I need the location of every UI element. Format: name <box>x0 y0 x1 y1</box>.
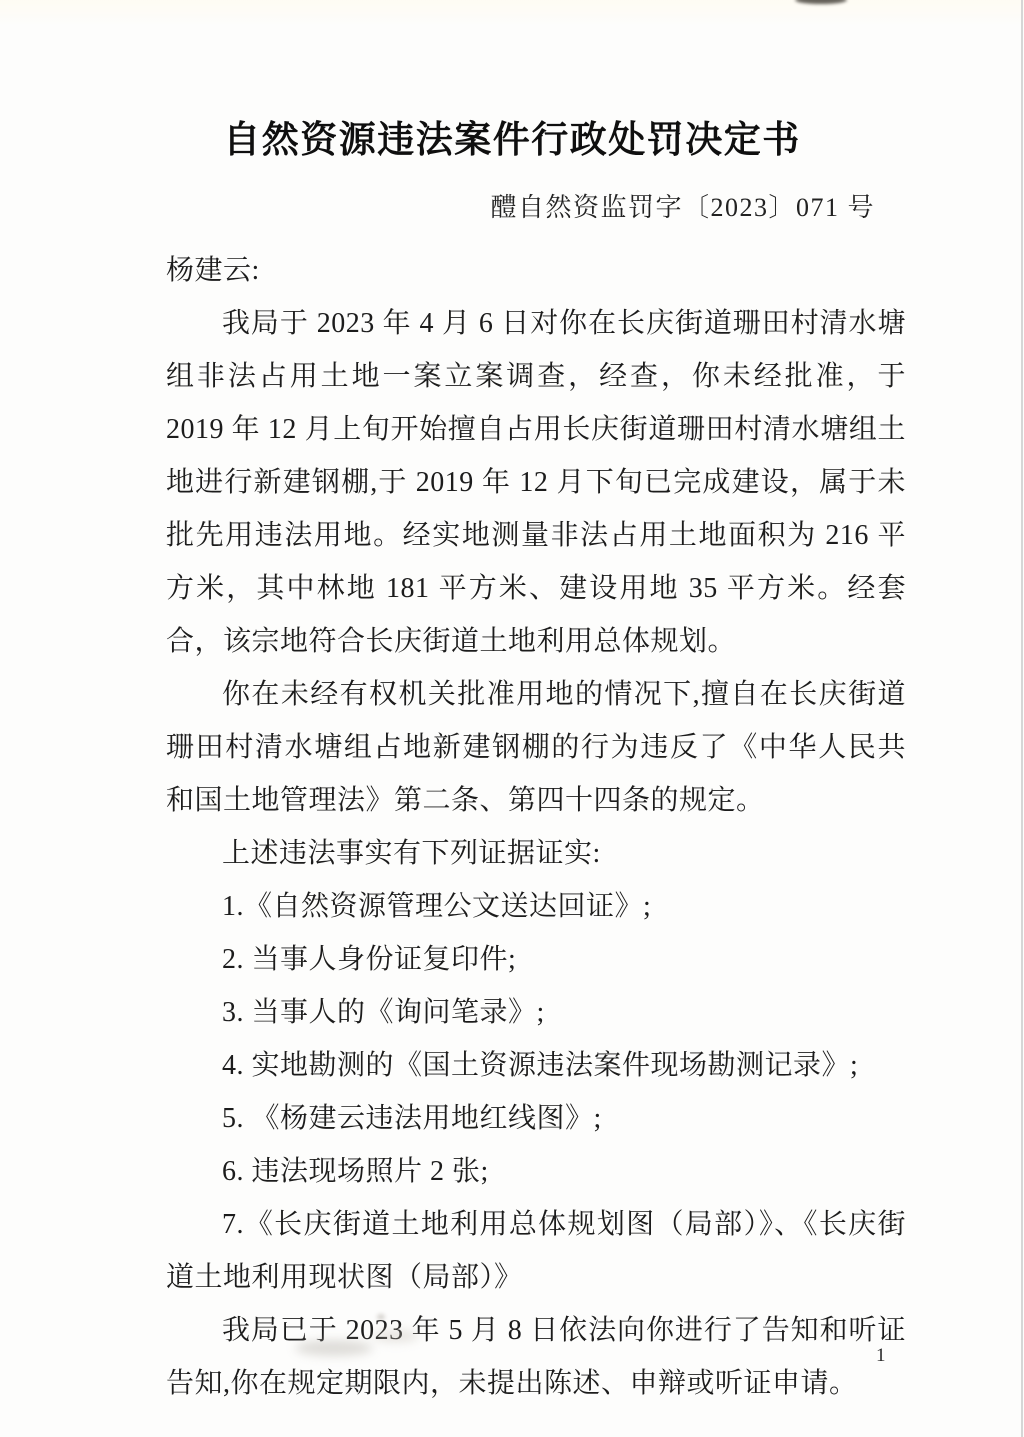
evidence-item-2: 2. 当事人身份证复印件; <box>166 933 906 986</box>
addressee: 杨建云: <box>166 244 906 297</box>
page-number: 1 <box>876 1345 886 1367</box>
evidence-item-3: 3. 当事人的《询问笔录》; <box>166 986 906 1039</box>
evidence-item-1: 1.《自然资源管理公文送达回证》; <box>166 880 906 933</box>
paragraph-evidence-intro: 上述违法事实有下列证据证实: <box>166 827 906 880</box>
evidence-item-7: 7.《长庆街道土地利用总体规划图（局部）》、《长庆街道土地利用现状图（局部）》 <box>166 1198 906 1304</box>
document-number: 醴自然资监罚字〔2023〕071 号 <box>0 187 1024 224</box>
document-body: 杨建云: 我局于 2023 年 4 月 6 日对你在长庆街道珊田村清水塘组非法占… <box>166 244 906 1410</box>
paragraph-violation-finding: 你在未经有权机关批准用地的情况下,擅自在长庆街道珊田村清水塘组占地新建钢棚的行为… <box>166 668 906 827</box>
scanned-document-page: 自然资源违法案件行政处罚决定书 醴自然资监罚字〔2023〕071 号 杨建云: … <box>0 0 1024 1437</box>
evidence-item-6: 6. 违法现场照片 2 张; <box>166 1145 906 1198</box>
document-title: 自然资源违法案件行政处罚决定书 <box>0 0 1024 162</box>
evidence-item-4: 4. 实地勘测的《国土资源违法案件现场勘测记录》; <box>166 1039 906 1092</box>
evidence-item-5: 5. 《杨建云违法用地红线图》; <box>166 1092 906 1145</box>
paragraph-notification: 我局已于 2023 年 5 月 8 日依法向你进行了告知和听证告知,你在规定期限… <box>166 1304 906 1410</box>
scan-edge-line <box>1021 0 1023 1437</box>
paragraph-case-investigation: 我局于 2023 年 4 月 6 日对你在长庆街道珊田村清水塘组非法占用土地一案… <box>166 297 906 668</box>
